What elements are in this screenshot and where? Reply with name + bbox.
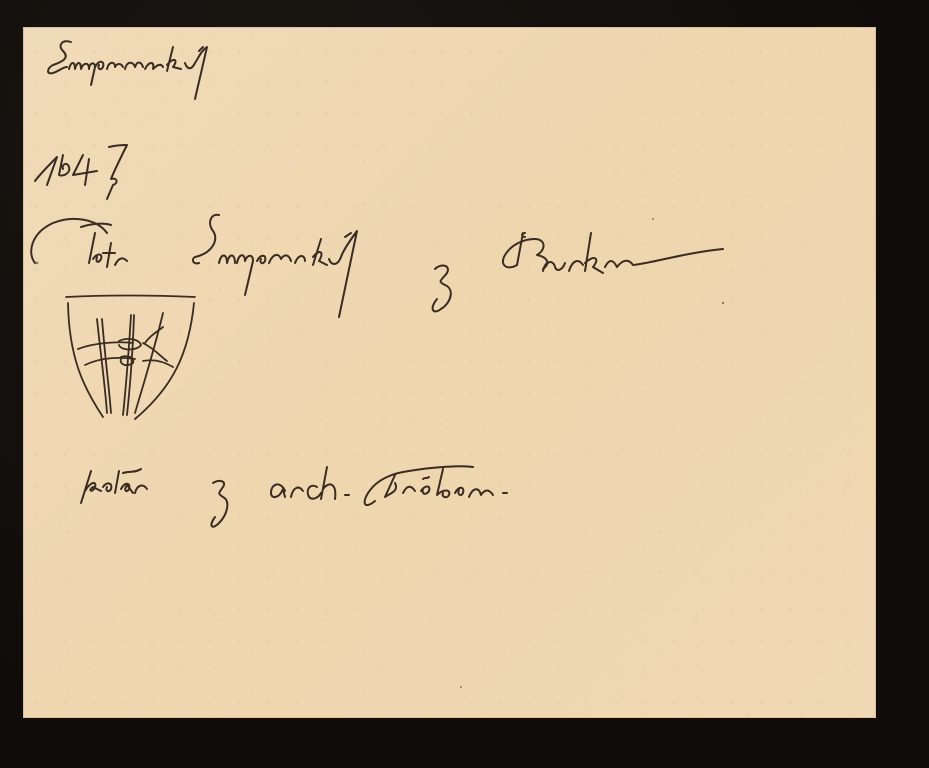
handwriting-header-name bbox=[48, 41, 207, 99]
coat-of-arms-sketch bbox=[66, 296, 195, 420]
shield-top-line bbox=[66, 296, 195, 298]
sword-3-icon bbox=[135, 313, 163, 413]
handwriting-source-note bbox=[81, 466, 507, 527]
handwriting-full-name bbox=[31, 215, 723, 317]
handwriting-year bbox=[35, 145, 127, 199]
handwriting-layer bbox=[23, 27, 876, 718]
index-card: Snaporský 1547 Petr Snaporský z Borku Ko… bbox=[23, 27, 876, 718]
paper-specks bbox=[36, 218, 725, 688]
